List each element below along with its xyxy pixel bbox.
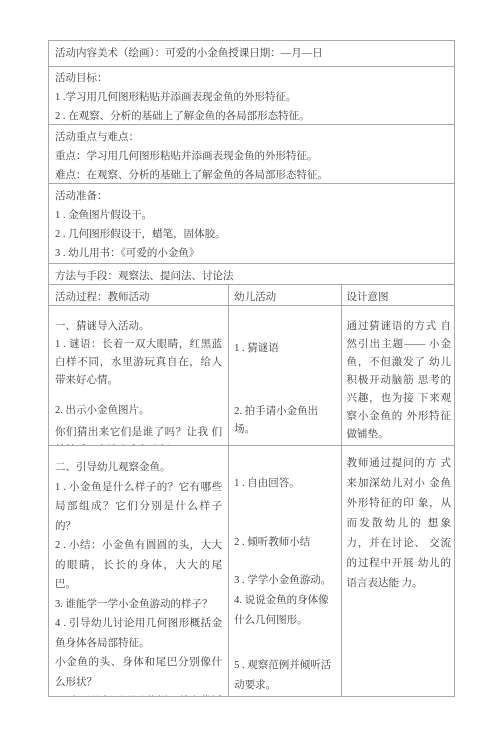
focus-item: 重点：学习用几何图形粘贴并添画表现金鱼的外形特征。: [55, 147, 448, 166]
process-header-intent: 设计意图: [341, 285, 454, 305]
teacher-activity-cell: 一、猜谜导入活动。 1 . 谜语：长着一双大眼睛，红黑蓝白样不同，水里游玩真自在…: [49, 306, 228, 445]
teacher-activity-cell: 二、引导幼儿观察金鱼。 1 . 小金鱼是什么样子的？它有哪些局部组成？它们分别是…: [49, 446, 228, 696]
process-row-1: 一、猜谜导入活动。 1 . 谜语：长着一双大眼睛，红黑蓝白样不同，水里游玩真自在…: [49, 306, 454, 446]
lesson-plan-table: 活动内容美术（绘画）：可爱的小金鱼授课日期：—月—日 活动目标： 1 .学习用几…: [48, 40, 455, 697]
teacher-step: 1 . 小金鱼是什么样子的？它有哪些局部组成？它们分别是什么样子 的？: [55, 478, 222, 537]
teacher-step: 4 . 引导幼儿讨论用几何图形概括金鱼身体各局部特征。: [55, 614, 222, 653]
teacher-step: 2 . 小结：小金鱼有圆圆的头，大大的眼睛，长长的身体，大大的尾巴。: [55, 536, 222, 595]
section-methods: 方法与手段：观察法、提问法、讨论法: [49, 264, 454, 285]
goals-item: 1 .学习用几何图形粘贴并添画表现金鱼的外形特征。: [55, 88, 448, 107]
process-row-2: 二、引导幼儿观察金鱼。 1 . 小金鱼是什么样子的？它有哪些局部组成？它们分别是…: [49, 446, 454, 696]
teacher-step: 小金鱼的头、身体和尾巴分别像什 么形状？: [55, 653, 222, 692]
section-focus: 活动重点与难点： 重点：学习用几何图形粘贴并添画表现金鱼的外形特征。 难点：在观…: [49, 125, 454, 184]
preparation-heading: 活动准备：: [55, 187, 448, 206]
design-intent-text: 教师通过提问的方 式来加深幼儿对小 金鱼外形特征的印 象，从而发散幼儿的 想象力…: [347, 454, 451, 594]
process-header-child: 幼儿活动: [228, 285, 340, 305]
teacher-step: 一、猜谜导入活动。: [55, 318, 222, 336]
preparation-item: 2 . 几何图形假设干，蜡笔，固体胶。: [55, 225, 448, 244]
methods-text: 方法与手段：观察法、提问法、讨论法: [55, 267, 448, 285]
scanned-lesson-plan-page: { "page": { "background": "#ffffff", "te…: [0, 0, 500, 747]
teacher-step: 5 . 出示几何图形及范例，并交代活动要求。: [55, 692, 222, 696]
design-intent-text: 通过猜谜语的方式 自然引出主题—— 小金鱼，不但激发了 幼儿积极开动脑筋 思考的…: [347, 318, 451, 444]
process-header-row: 活动过程：教师活动 幼儿活动 设计意图: [49, 285, 454, 306]
activity-title: 活动内容美术（绘画）：可爱的小金鱼授课日期：—月—日: [55, 44, 448, 63]
child-step: 1 . 猜谜语: [234, 340, 338, 358]
goals-item: 2 . 在观察、分析的基础上了解金鱼的各局部形态特征。: [55, 107, 448, 125]
child-step: 1 . 自由回答。: [234, 474, 338, 494]
teacher-step: 1 . 谜语：长着一双大眼睛，红黑蓝白样不同，水里游玩真自在，给人 带来好心情。: [55, 336, 222, 390]
section-preparation: 活动准备： 1 . 金鱼图片假设干。 2 . 几何图形假设干，蜡笔，固体胶。 3…: [49, 184, 454, 264]
teacher-step: 你们猜出来它们是谁了吗？让我 们拍拍手，有请小金鱼出场。: [55, 424, 222, 445]
child-step: 5 . 观察范例并倾听活动要求。: [234, 656, 338, 696]
process-header-teacher: 活动过程：教师活动: [49, 285, 228, 305]
title-row: 活动内容美术（绘画）：可爱的小金鱼授课日期：—月—日: [49, 41, 454, 67]
teacher-step: 3. 谁能学一学小金鱼游动的样子？: [55, 595, 222, 615]
preparation-item: 1 . 金鱼图片假设干。: [55, 206, 448, 225]
focus-item: 难点：在观察、分析的基础上了解金鱼的各局部形态特征。: [55, 166, 448, 184]
child-step: 2. 拍手请小金鱼出场。: [234, 403, 338, 439]
teacher-step: 二、引导幼儿观察金鱼。: [55, 458, 222, 478]
preparation-item: 3 . 幼儿用书：《可爱的小金鱼》: [55, 244, 448, 263]
goals-heading: 活动目标：: [55, 69, 448, 88]
section-goals: 活动目标： 1 .学习用几何图形粘贴并添画表现金鱼的外形特征。 2 . 在观察、…: [49, 67, 454, 125]
child-step: 2 . 倾听教师小结: [234, 533, 338, 553]
teacher-step: 2. 出示小金鱼图片。: [55, 402, 222, 420]
focus-heading: 活动重点与难点：: [55, 128, 448, 147]
design-intent-cell: 教师通过提问的方 式来加深幼儿对小 金鱼外形特征的印 象，从而发散幼儿的 想象力…: [341, 446, 454, 696]
child-activity-cell: 1 . 自由回答。 2 . 倾听教师小结 3 . 学学小金鱼游动。 4. 说说金…: [228, 446, 340, 696]
child-step: 4. 说说金鱼的身体像什么几何图形。: [234, 591, 338, 631]
design-intent-cell: 通过猜谜语的方式 自然引出主题—— 小金鱼，不但激发了 幼儿积极开动脑筋 思考的…: [341, 306, 454, 445]
child-activity-cell: 1 . 猜谜语 2. 拍手请小金鱼出场。: [228, 306, 340, 445]
child-step: 3 . 学学小金鱼游动。: [234, 571, 338, 591]
